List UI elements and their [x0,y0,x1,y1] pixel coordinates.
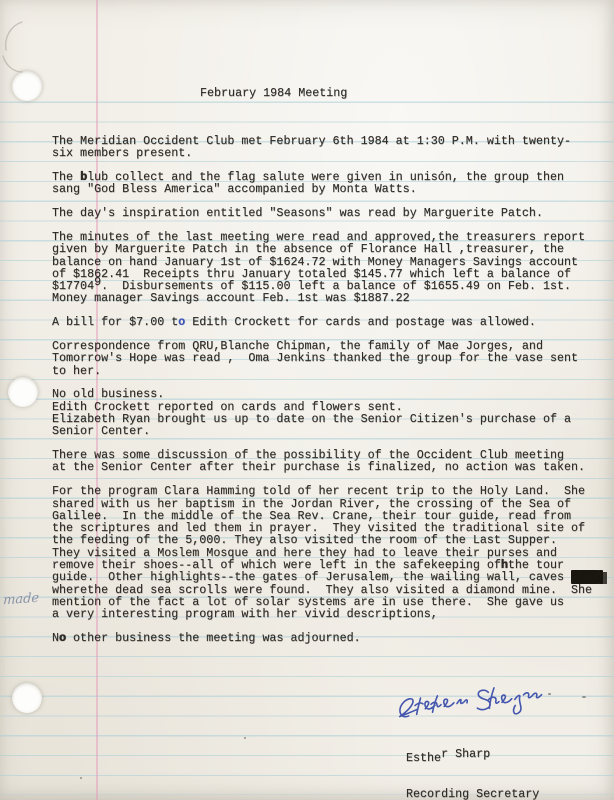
paragraph: No other business the meeting was adjour… [52,632,600,644]
paragraph: Correspondence from QRU,Blanche Chipman,… [52,340,600,377]
text-segment: Senior Center. [52,424,150,438]
text-line: The day's inspiration entitled "Seasons"… [52,207,600,219]
typed-name-pre: Esthe [406,751,441,765]
text-line: at the Senior Center after their purchas… [52,461,600,473]
text-line: Tomorrow's Hope was read , Oma Jenkins t… [52,352,600,364]
signature-block: Esther Sharp Esther Sharp Recording Secr… [406,693,600,749]
text-segment: Money manager Savings account Feb. 1st w… [52,291,410,305]
paragraph: There was some discussion of the possibi… [52,449,600,474]
signature-stroke [476,684,543,716]
punch-hole [12,683,42,713]
typed-name-raised: r Sharp [441,747,490,761]
text-line: A bill for $7.00 to Edith Crockett for c… [52,316,600,328]
paragraph: No old business.Edith Crockett reported … [52,388,600,437]
typed-signature-name: Esther Sharp [406,730,600,764]
text-line: No other business the meeting was adjour… [52,632,600,644]
text-segment: at the Senior Center after their purchas… [52,460,585,474]
paper-speck [80,777,82,779]
text-segment: a very interesting program with her vivi… [52,607,438,621]
text-line: a very interesting program with her vivi… [52,608,600,620]
paragraph: The day's inspiration entitled "Seasons"… [52,207,600,219]
paper-speck [548,693,551,695]
text-segment: to her. [52,364,101,378]
punch-hole [8,377,38,407]
paragraph: A bill for $7.00 to Edith Crockett for c… [52,316,600,328]
corner-pencil-mark [0,16,30,86]
text-segment: six members present. [52,146,192,160]
text-line: sang "God Bless America" accompanied by … [52,183,600,195]
text-line: six members present. [52,147,600,159]
paragraph: The minutes of the last meeting were rea… [52,231,600,305]
typed-signature-role: Recording Secretary [406,788,600,800]
paragraphs-container: The Meridian Occident Club met February … [52,135,600,644]
text-segment: N [52,631,59,645]
signature-stroke [398,694,468,717]
text-segment: other business the meeting was adjourned… [66,631,361,645]
paper-speck [582,696,586,698]
paper-sheet: February 1984 Meeting The Meridian Occid… [0,0,614,800]
handwritten-signature: Esther Sharp [394,683,566,725]
text-line: Senior Center. [52,425,600,437]
text-segment: o [59,631,66,645]
text-segment: Tomorrow's Hope was read , Oma Jenkins t… [52,351,578,365]
text-segment: sang "God Bless America" accompanied by … [52,182,417,196]
text-segment: A bill for $7.00 t [52,315,178,329]
paragraph: The blub collect and the flag salute wer… [52,171,600,196]
paper-speck [244,737,246,739]
page-title: February 1984 Meeting [200,87,600,99]
margin-note-handwriting: made [3,593,39,608]
text-segment: Edith Crockett for cards and postage was… [185,315,536,329]
text-line: to her. [52,365,600,377]
text-line: Money manager Savings account Feb. 1st w… [52,292,600,304]
text-segment: The day's inspiration entitled "Seasons"… [52,206,543,220]
paragraph: For the program Clara Hamming told of he… [52,485,600,620]
text-segment: 9 [94,275,101,289]
document-body: February 1984 Meeting The Meridian Occid… [52,62,600,773]
paragraph: The Meridian Occident Club met February … [52,135,600,160]
